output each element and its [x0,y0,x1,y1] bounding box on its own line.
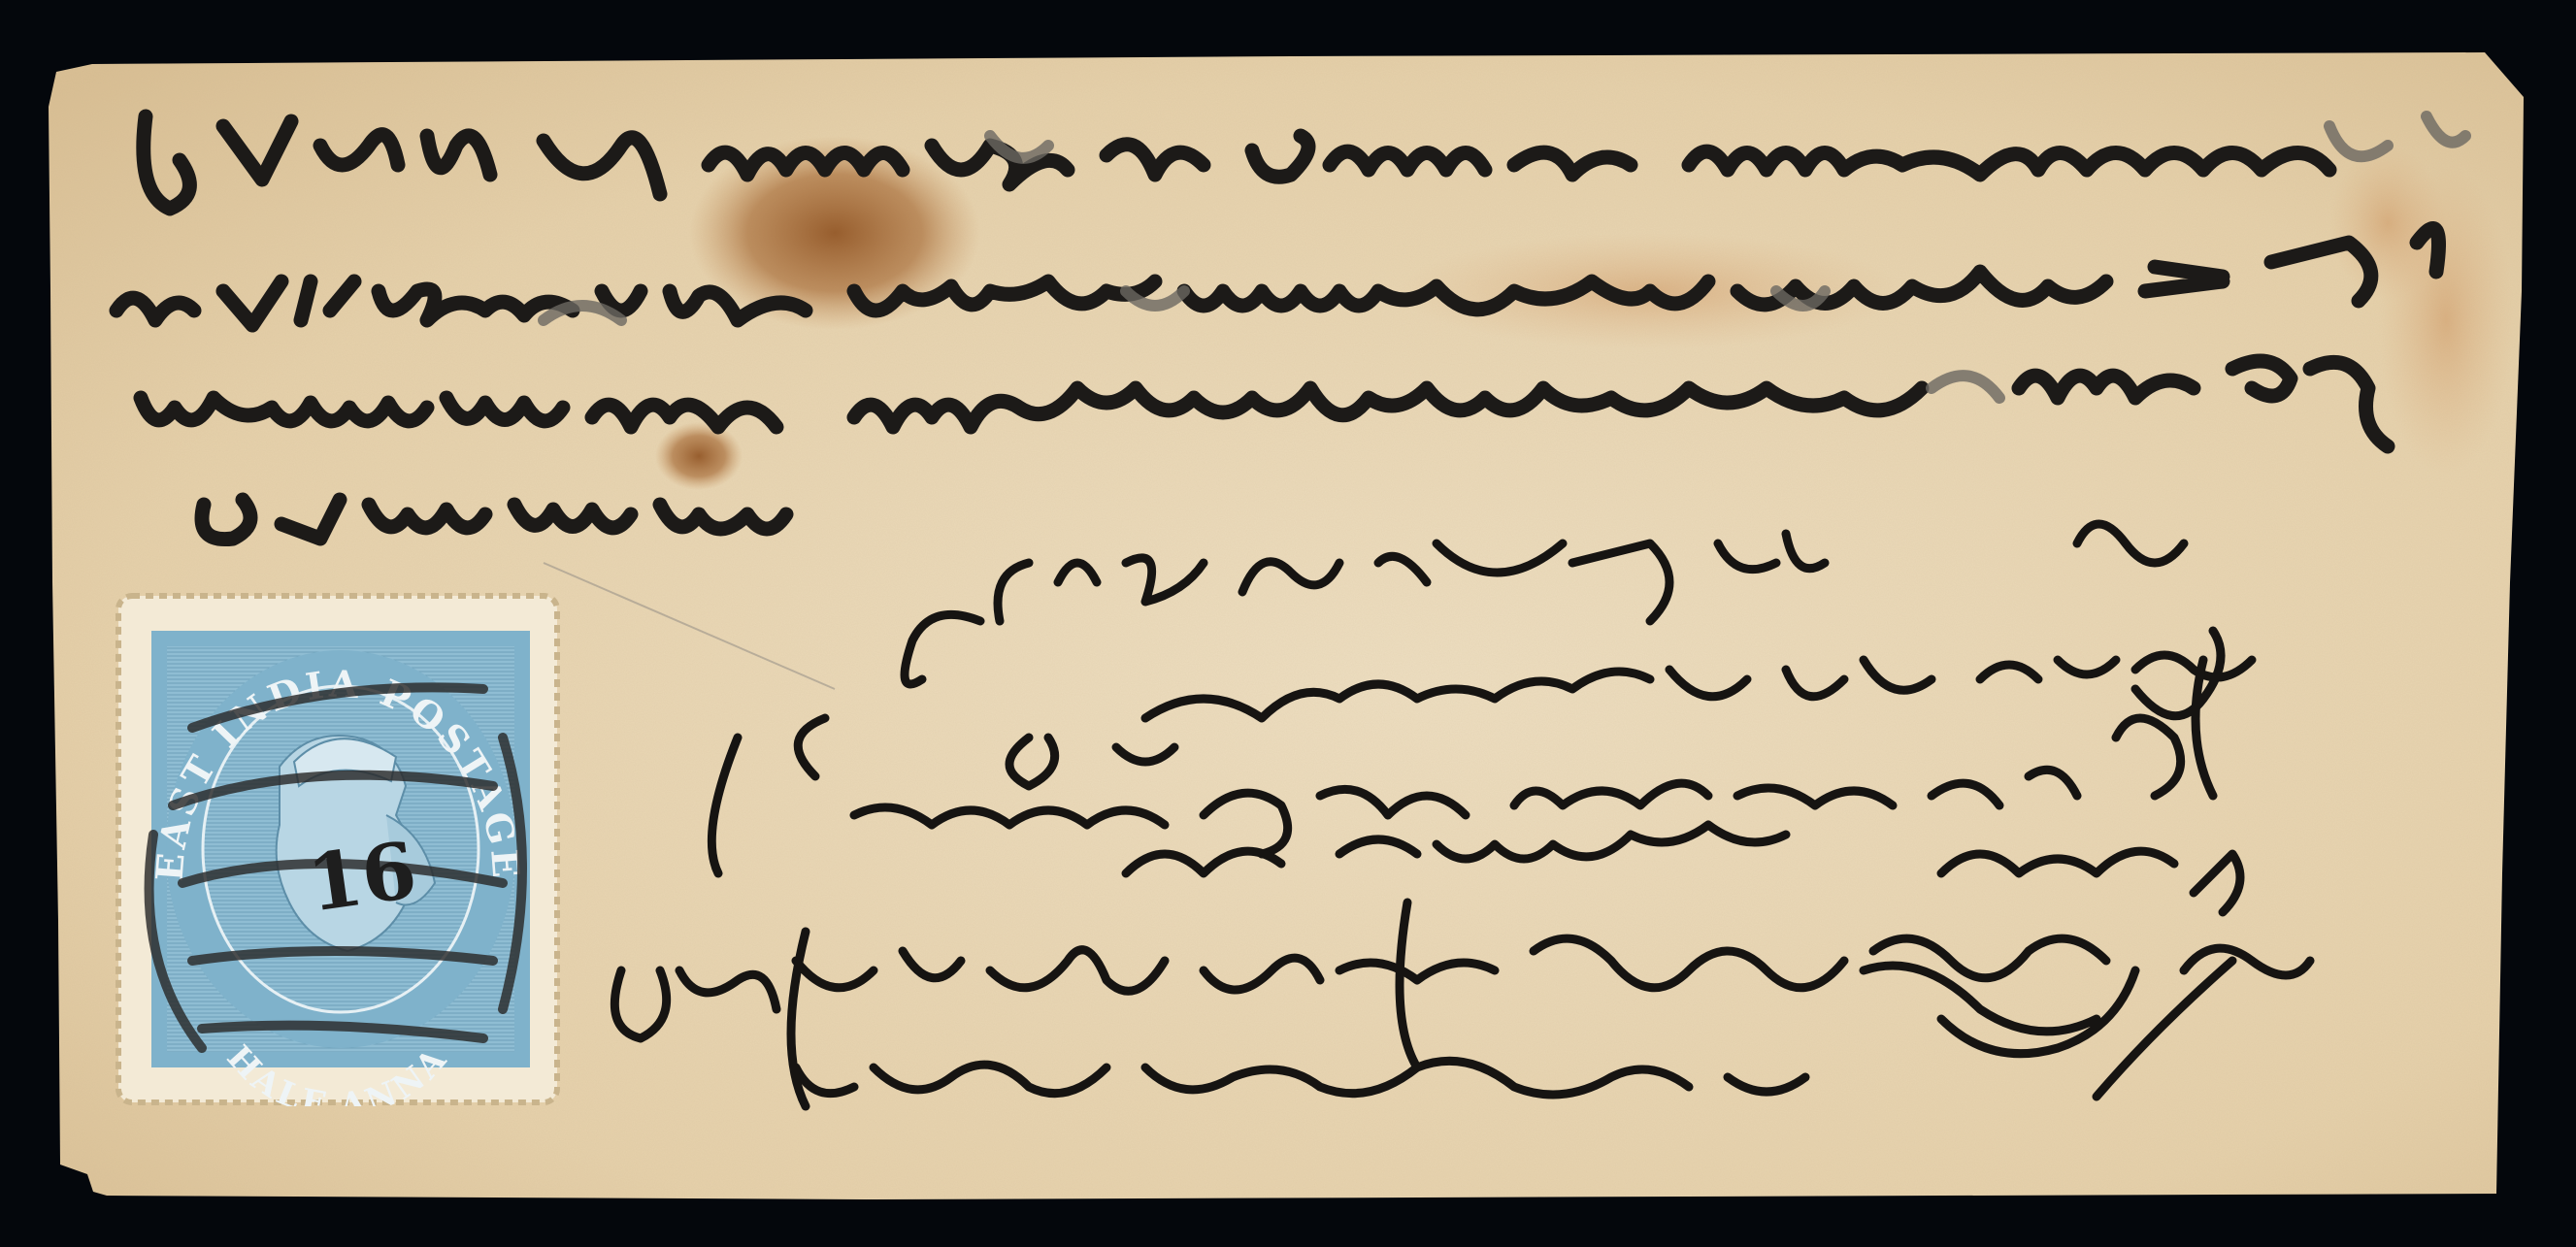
image-stage: EAST INDIA POSTAGE HALF ANNA 16 [0,0,2576,1247]
postmark-numeral: 16 [302,824,421,930]
postage-stamp: EAST INDIA POSTAGE HALF ANNA 16 [115,592,561,1106]
